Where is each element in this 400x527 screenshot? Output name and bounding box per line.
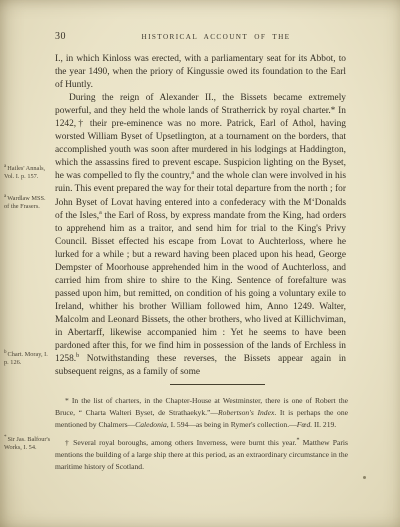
paragraph-bissets: During the reign of Alexander II., the B… [55, 92, 346, 379]
footnotes: * In the list of charters, in the Chapte… [55, 395, 348, 478]
footnote-charters: * In the list of charters, in the Chapte… [55, 395, 348, 432]
sidenote-text: Chart. Moray, I. p. 126. [4, 351, 48, 366]
sidenote-marker: a [4, 164, 6, 169]
sidenote-text: Sir Jas. Balfour's Works, I. 54. [4, 436, 50, 451]
book-page: 30 HISTORICAL ACCOUNT OF THE I., in whic… [0, 0, 400, 527]
margin-note-wardlaw-mss: aWardlaw MSS. of the Frasers. [4, 195, 52, 210]
sidenote-marker: * [4, 435, 7, 440]
margin-note-balfour-works: *Sir Jas. Balfour's Works, I. 54. [4, 436, 52, 451]
margin-note-hailes-annals: aHailes' Annals, Vol. I. p. 157. [4, 165, 52, 180]
footnote-boroughs: † Several royal boroughs, among others I… [55, 437, 348, 474]
sidenote-text: Hailes' Annals, Vol. I. p. 157. [4, 165, 45, 180]
paragraph-kinloss: I., in which Kinloss was erected, with a… [55, 53, 346, 92]
body-text: I., in which Kinloss was erected, with a… [55, 53, 346, 379]
footnote-divider [170, 384, 265, 385]
sidenote-marker: a [4, 194, 6, 199]
sidenote-marker: b [4, 350, 7, 355]
running-head: HISTORICAL ACCOUNT OF THE [60, 33, 372, 41]
paper-speck [363, 476, 366, 479]
margin-note-chart-moray: bChart. Moray, I. p. 126. [4, 351, 52, 366]
sidenote-text: Wardlaw MSS. of the Frasers. [4, 195, 46, 210]
